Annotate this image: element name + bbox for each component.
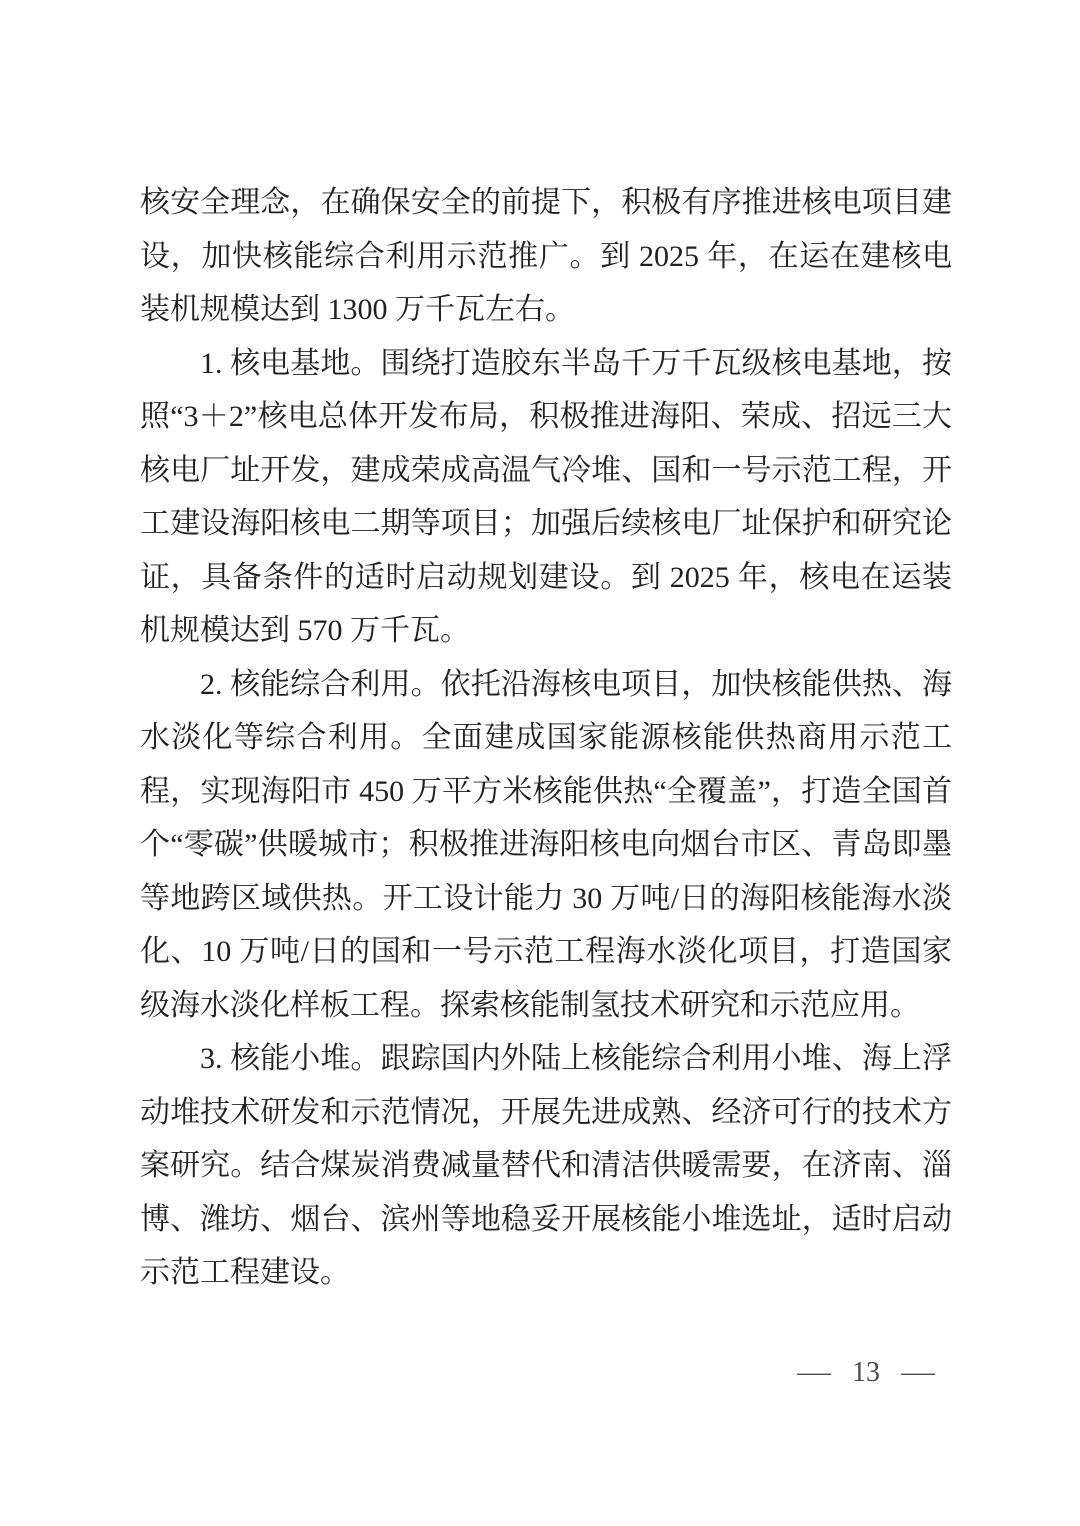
paragraph-1-nuclear-power-base: 1. 核电基地。围绕打造胶东半岛千万千瓦级核电基地，按照“3＋2”核电总体开发布…: [140, 337, 952, 658]
document-body: 核安全理念，在确保安全的前提下，积极有序推进核电项目建设，加快核能综合利用示范推…: [140, 176, 952, 1300]
page-number: 13: [852, 1356, 880, 1390]
page-footer: — 13 —: [800, 1356, 932, 1390]
document-page: 核安全理念，在确保安全的前提下，积极有序推进核电项目建设，加快核能综合利用示范推…: [0, 0, 1080, 1526]
paragraph-3-small-nuclear-reactors: 3. 核能小堆。跟踪国内外陆上核能综合利用小堆、海上浮动堆技术研发和示范情况，开…: [140, 1032, 952, 1300]
footer-dash-left: —: [797, 1356, 831, 1390]
paragraph-2-nuclear-comprehensive-utilization: 2. 核能综合利用。依托沿海核电项目，加快核能供热、海水淡化等综合利用。全面建成…: [140, 658, 952, 1033]
paragraph-intro-nuclear-safety: 核安全理念，在确保安全的前提下，积极有序推进核电项目建设，加快核能综合利用示范推…: [140, 176, 952, 337]
footer-dash-right: —: [901, 1356, 935, 1390]
